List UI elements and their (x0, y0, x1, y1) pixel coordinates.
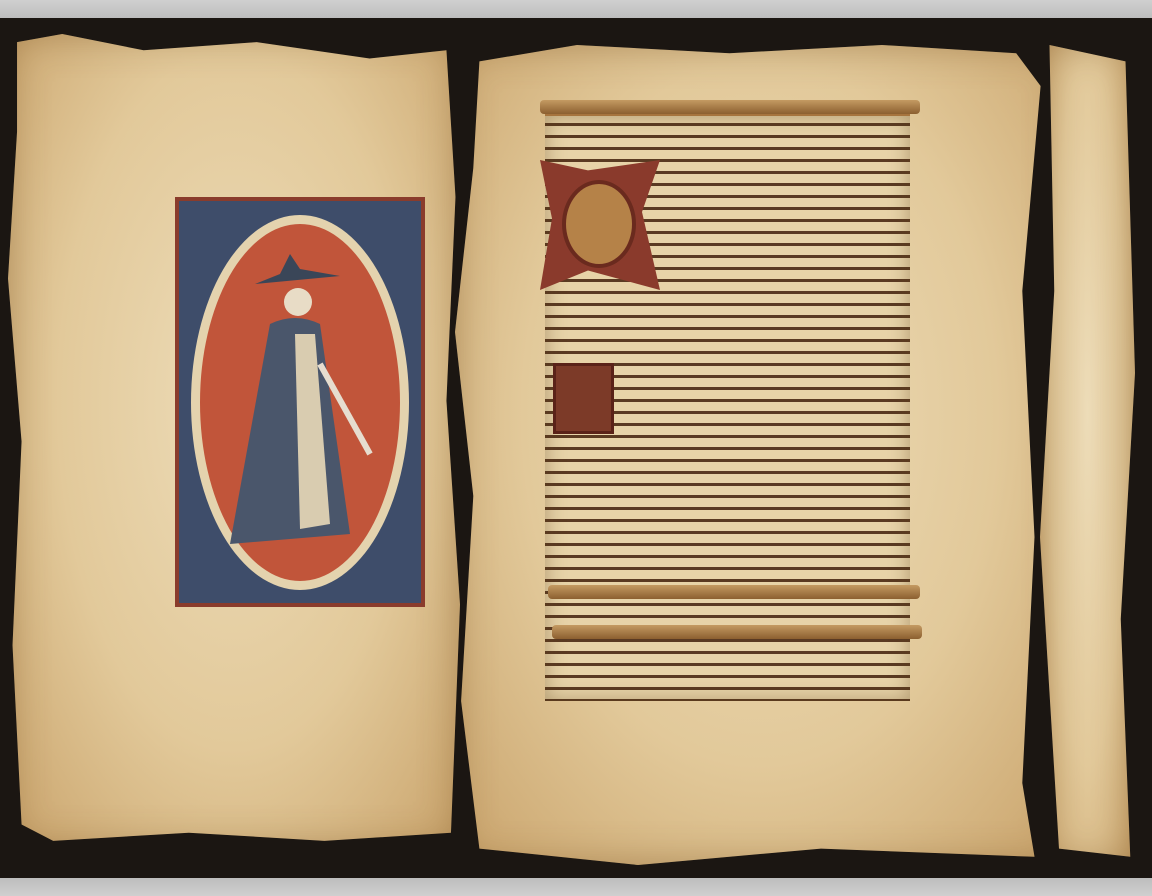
miniature-oval (191, 215, 409, 590)
illuminated-miniature (175, 197, 425, 607)
torn-parchment-strip (1040, 45, 1135, 865)
bottom-wooden-rod (552, 625, 922, 639)
lower-wooden-rod (548, 585, 920, 599)
small-decorated-initial (553, 363, 614, 434)
initial-letter-inset (562, 180, 636, 268)
manuscript-scene (0, 0, 1152, 896)
top-wooden-rod (540, 100, 920, 114)
robed-figure-icon (200, 224, 400, 581)
